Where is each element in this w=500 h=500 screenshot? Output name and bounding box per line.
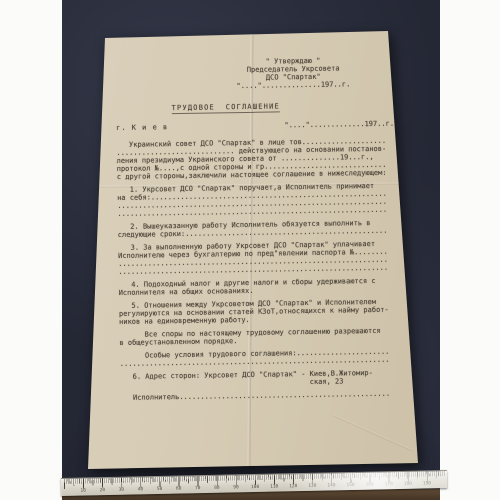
document-title: ТРУДОВОЕ СОГЛАШЕНИЕ	[172, 102, 280, 114]
document-paragraph: Исполнитель.............................…	[120, 390, 398, 402]
city-label: г. К и е в	[116, 123, 168, 132]
document-paragraph: 6. Адрес сторон: Укрсовет ДСО "Спартак" …	[120, 369, 398, 389]
document-paragraph: 2. Вышеуказанную работу Исполнитель обяз…	[118, 219, 396, 239]
dateline: г. К и е в "....".............197..г.	[116, 120, 394, 132]
paper-document: " Утверждаю " Председатель Укрсовета ДСО…	[62, 0, 440, 500]
document-text: " Утверждаю " Председатель Укрсовета ДСО…	[115, 56, 398, 402]
document-paragraph: Украинский совет ДСО "Спартак" в лице то…	[116, 137, 395, 181]
document-body: Украинский совет ДСО "Спартак" в лице то…	[116, 137, 398, 402]
document-paragraph: Все споры по настоящему трудовому соглаш…	[119, 327, 397, 347]
document-paragraph: 3. За выполненную работу Укрсовет ДСО "С…	[118, 240, 396, 276]
approval-block: " Утверждаю " Председатель Укрсовета ДСО…	[218, 56, 368, 90]
document-paragraph: 1. Укрсовет ДСО "Спартак" поручает,а Исп…	[117, 182, 395, 218]
approval-line: "...."..............197..г.	[218, 80, 368, 90]
paper-shadow: " Утверждаю " Председатель Укрсовета ДСО…	[62, 0, 440, 500]
document-paragraph: Особые условия трудового соглашения:....…	[120, 348, 398, 368]
photo-area: " Утверждаю " Председатель Укрсовета ДСО…	[62, 0, 440, 500]
document-paragraph: 4. Подоходный налог и другие налоги и сб…	[118, 277, 396, 297]
date-blank: "....".............197..г.	[284, 120, 394, 130]
corner-fold-crease	[333, 415, 412, 452]
document-paragraph: 5. Отношения между Укрсоветом ДСО "Спарт…	[119, 298, 397, 326]
title-row: ТРУДОВОЕ СОГЛАШЕНИЕ	[116, 101, 394, 115]
photo-of-document: " Утверждаю " Председатель Укрсовета ДСО…	[0, 0, 500, 500]
